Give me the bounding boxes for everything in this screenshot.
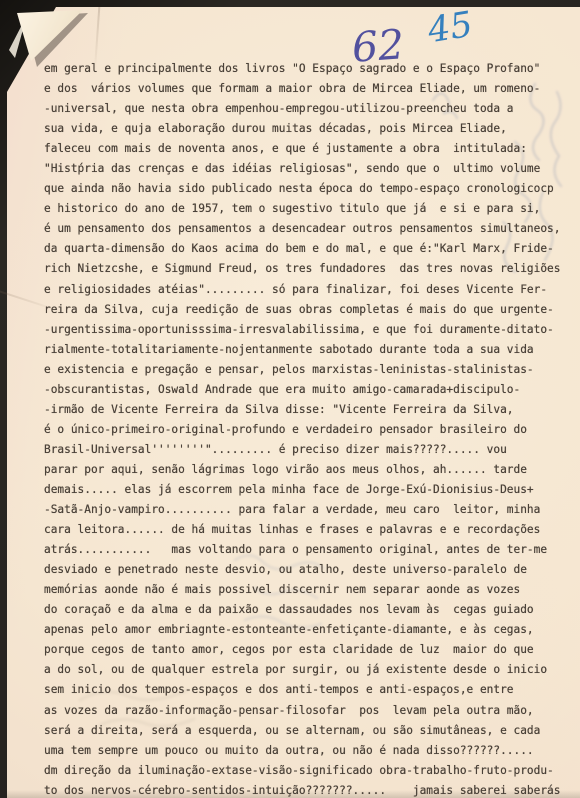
typewritten-line: Brasil-Universal''''''''"......... é pre…: [44, 440, 576, 460]
typewritten-line: sua vida, e quja elaboração durou muitas…: [44, 119, 576, 139]
typewritten-line: da quarta-dimensão do Kaos acima do bem …: [44, 239, 576, 259]
typewritten-line: rich Nietzcshe, e Sigmund Freud, os tres…: [44, 259, 576, 279]
typewritten-line: desviado e penetrado neste desvio, ou at…: [44, 560, 576, 580]
typewritten-line: uma tem sempre um pouco ou muito da outr…: [44, 741, 576, 761]
typewritten-line: dm direção da iluminação-extase-visão-si…: [44, 761, 576, 781]
typewritten-line: a do sol, ou de qualquer estrela por sur…: [44, 660, 576, 680]
typewritten-line: apenas pelo amor embriagnte-estonteante-…: [44, 620, 576, 640]
typewritten-line: será a direita, será a esquerda, ou se a…: [44, 721, 576, 741]
typewritten-line: rialmente-totalitariamente-nojentanmente…: [44, 340, 576, 360]
typewritten-line: que ainda não havia sido publicado nesta…: [44, 179, 576, 199]
typewritten-line: é um pensamento dos pensamentos a desenc…: [44, 219, 576, 239]
typewritten-line: porque cegos de tanto amor, cegos por es…: [44, 640, 576, 660]
typewritten-line: cara leitora...... de há muitas linhas e…: [44, 520, 576, 540]
typewritten-line: e religiosidades atéias"......... só par…: [44, 280, 576, 300]
typewritten-line: faleceu com mais de noventa anos, e que …: [44, 139, 576, 159]
typewritten-line: atrás........... mas voltando para o pen…: [44, 540, 576, 560]
typewritten-line: memórias aonde não é mais possivel disce…: [44, 580, 576, 600]
typewritten-line: -universal, que nesta obra empenhou-empr…: [44, 99, 576, 119]
typewritten-line: demais..... elas já escorrem pela minha …: [44, 480, 576, 500]
typewritten-line: -Satã-Anjo-vampiro.......... para falar …: [44, 500, 576, 520]
scanned-page: 62 45 em geral e principalmente dos livr…: [0, 0, 580, 798]
handwritten-page-number-light: 45: [425, 5, 475, 51]
typewritten-line: e historico do ano de 1957, tem o sugest…: [44, 199, 576, 219]
typewritten-line: e dos vários volumes que formam a maior …: [44, 79, 576, 99]
typewritten-line: -irmão de Vicente Ferreira da Silva diss…: [44, 400, 576, 420]
typewritten-line: sem inicio dos tempos-espaços e dos anti…: [44, 680, 576, 700]
typewritten-line: -obscurantistas, Oswald Andrade que era …: [44, 380, 576, 400]
typewritten-line: em geral e principalmente dos livros "O …: [44, 59, 576, 79]
typewritten-line: reira da Silva, cuja reedição de suas ob…: [44, 300, 576, 320]
typewritten-line: -urgentissima-oportunisssima-irresvalabi…: [44, 320, 576, 340]
typewritten-line: as vozes da razão-informação-pensar-filo…: [44, 701, 576, 721]
typewritten-line: do coraçaõ e da alma e da paixão e dassa…: [44, 600, 576, 620]
typewritten-line: é o único-primeiro-original-profundo e v…: [44, 420, 576, 440]
typewritten-line: e existencia e pregação e pensar, pelos …: [44, 360, 576, 380]
typewritten-line: to dos nervos-cérebro-sentidos-intuição?…: [44, 781, 576, 798]
typewritten-line: "Histṕria das crenças e das idéias relig…: [44, 159, 576, 179]
typewritten-line: parar por aqui, senão lágrimas logo virã…: [44, 460, 576, 480]
typewritten-text-block: em geral e principalmente dos livros "O …: [44, 59, 576, 798]
